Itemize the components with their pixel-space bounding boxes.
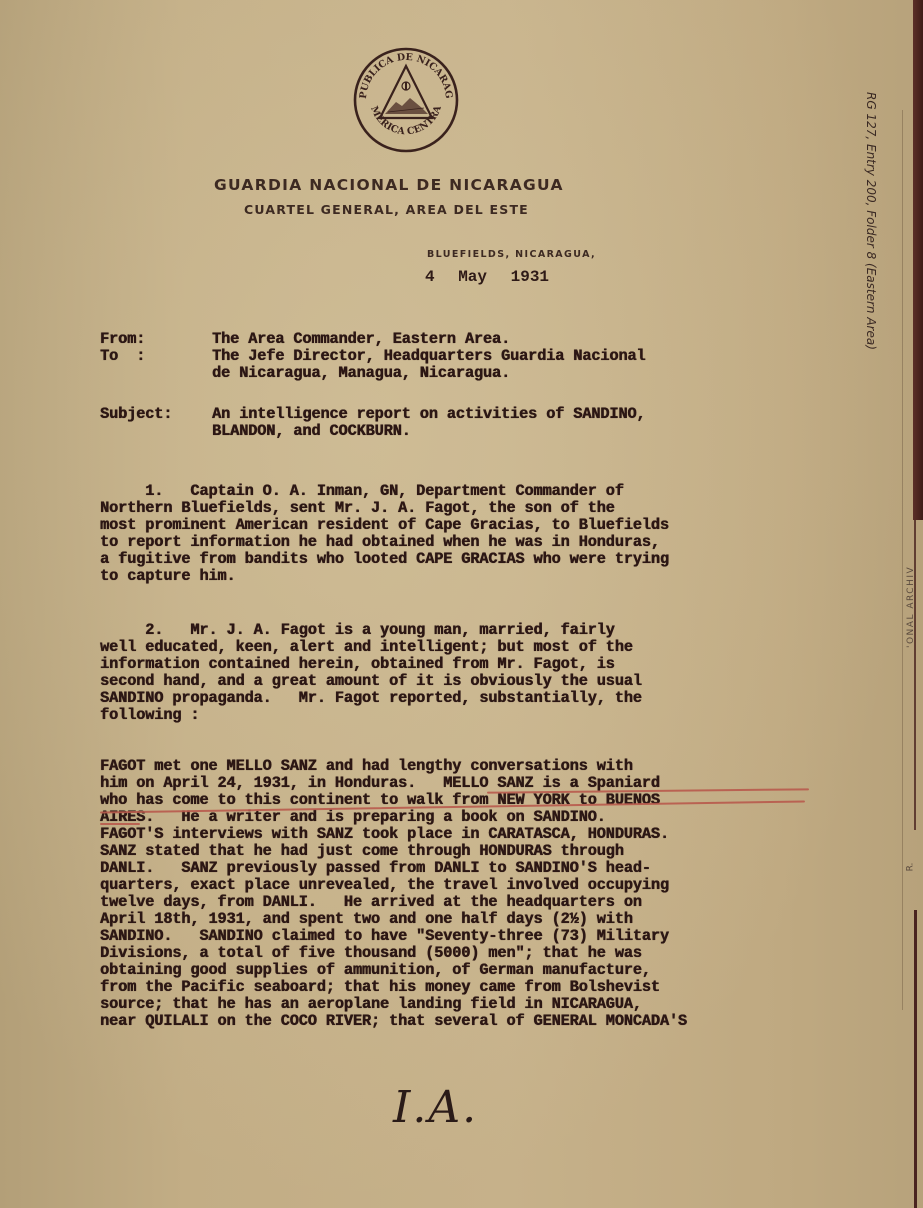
- paragraph-line: quarters, exact place unrevealed, the tr…: [100, 877, 669, 894]
- fold-line: [902, 110, 903, 1010]
- paragraph-line: obtaining good supplies of ammunition, o…: [100, 962, 651, 979]
- paragraph-line: second hand, and a great amount of it is…: [100, 673, 642, 690]
- paragraph-line: from the Pacific seaboard; that his mone…: [100, 979, 660, 996]
- binder-edge: [913, 0, 923, 520]
- from-value: The Area Commander, Eastern Area.: [212, 331, 510, 348]
- paragraph-line: to report information he had obtained wh…: [100, 534, 660, 551]
- paragraph-line: source; that he has an aeroplane landing…: [100, 996, 642, 1013]
- organization-title: GUARDIA NACIONAL DE NICARAGUA: [214, 176, 564, 194]
- paragraph-line: to capture him.: [100, 568, 235, 585]
- paragraph-line: Divisions, a total of five thousand (500…: [100, 945, 642, 962]
- paragraph-line: FAGOT met one MELLO SANZ and had lengthy…: [100, 758, 633, 775]
- to-value-line-1: The Jefe Director, Headquarters Guardia …: [212, 348, 645, 365]
- from-label: From:: [100, 331, 145, 348]
- margin-handwritten-note: RG 127, Entry 200, Folder 8 (Eastern Are…: [864, 92, 878, 350]
- subject-label: Subject:: [100, 406, 172, 423]
- paragraph-line: SANDINO. SANDINO claimed to have "Sevent…: [100, 928, 669, 945]
- archive-stamp: 'ONAL ARCHIV: [906, 566, 916, 648]
- paragraph-line: Northern Bluefields, sent Mr. J. A. Fago…: [100, 500, 615, 517]
- letter-date: 4 May 1931: [425, 268, 549, 286]
- to-value-line-2: de Nicaragua, Managua, Nicaragua.: [212, 365, 510, 382]
- paragraph-line: SANZ stated that he had just come throug…: [100, 843, 624, 860]
- paragraph-line: near QUILALI on the COCO RIVER; that sev…: [100, 1013, 687, 1030]
- paragraph-line: him on April 24, 1931, in Honduras. MELL…: [100, 775, 660, 792]
- paragraph-line: SANDINO propaganda. Mr. Fagot reported, …: [100, 690, 642, 707]
- paragraph-line: twelve days, from DANLI. He arrived at t…: [100, 894, 642, 911]
- paragraph-line: most prominent American resident of Cape…: [100, 517, 669, 534]
- paragraph-line: April 18th, 1931, and spent two and one …: [100, 911, 633, 928]
- binder-line-lower: [914, 910, 917, 1208]
- paragraph-line: following :: [100, 707, 199, 724]
- paragraph-line: DANLI. SANZ previously passed from DANLI…: [100, 860, 651, 877]
- paragraph-line: 1. Captain O. A. Inman, GN, Department C…: [100, 483, 624, 500]
- handwritten-initials: I.A.: [393, 1082, 478, 1133]
- archive-stamp-r: R.: [905, 863, 915, 872]
- paragraph-line: information contained herein, obtained f…: [100, 656, 615, 673]
- paragraph-line: a fugitive from bandits who looted CAPE …: [100, 551, 669, 568]
- paragraph-line: 2. Mr. J. A. Fagot is a young man, marri…: [100, 622, 615, 639]
- organization-division: CUARTEL GENERAL, AREA DEL ESTE: [244, 202, 529, 217]
- to-label: To :: [100, 348, 145, 365]
- letter-place: BLUEFIELDS, NICARAGUA,: [427, 249, 596, 260]
- nicaragua-seal-icon: REPUBLICA DE NICARAGUA AMERICA CENTRAL: [352, 46, 460, 154]
- red-pencil-underline: [100, 823, 140, 825]
- paragraph-line: who has come to this continent to walk f…: [100, 792, 660, 809]
- subject-line-2: BLANDON, and COCKBURN.: [212, 423, 411, 440]
- paragraph-line: well educated, keen, alert and intellige…: [100, 639, 633, 656]
- subject-line-1: An intelligence report on activities of …: [212, 406, 645, 423]
- paragraph-line: FAGOT'S interviews with SANZ took place …: [100, 826, 669, 843]
